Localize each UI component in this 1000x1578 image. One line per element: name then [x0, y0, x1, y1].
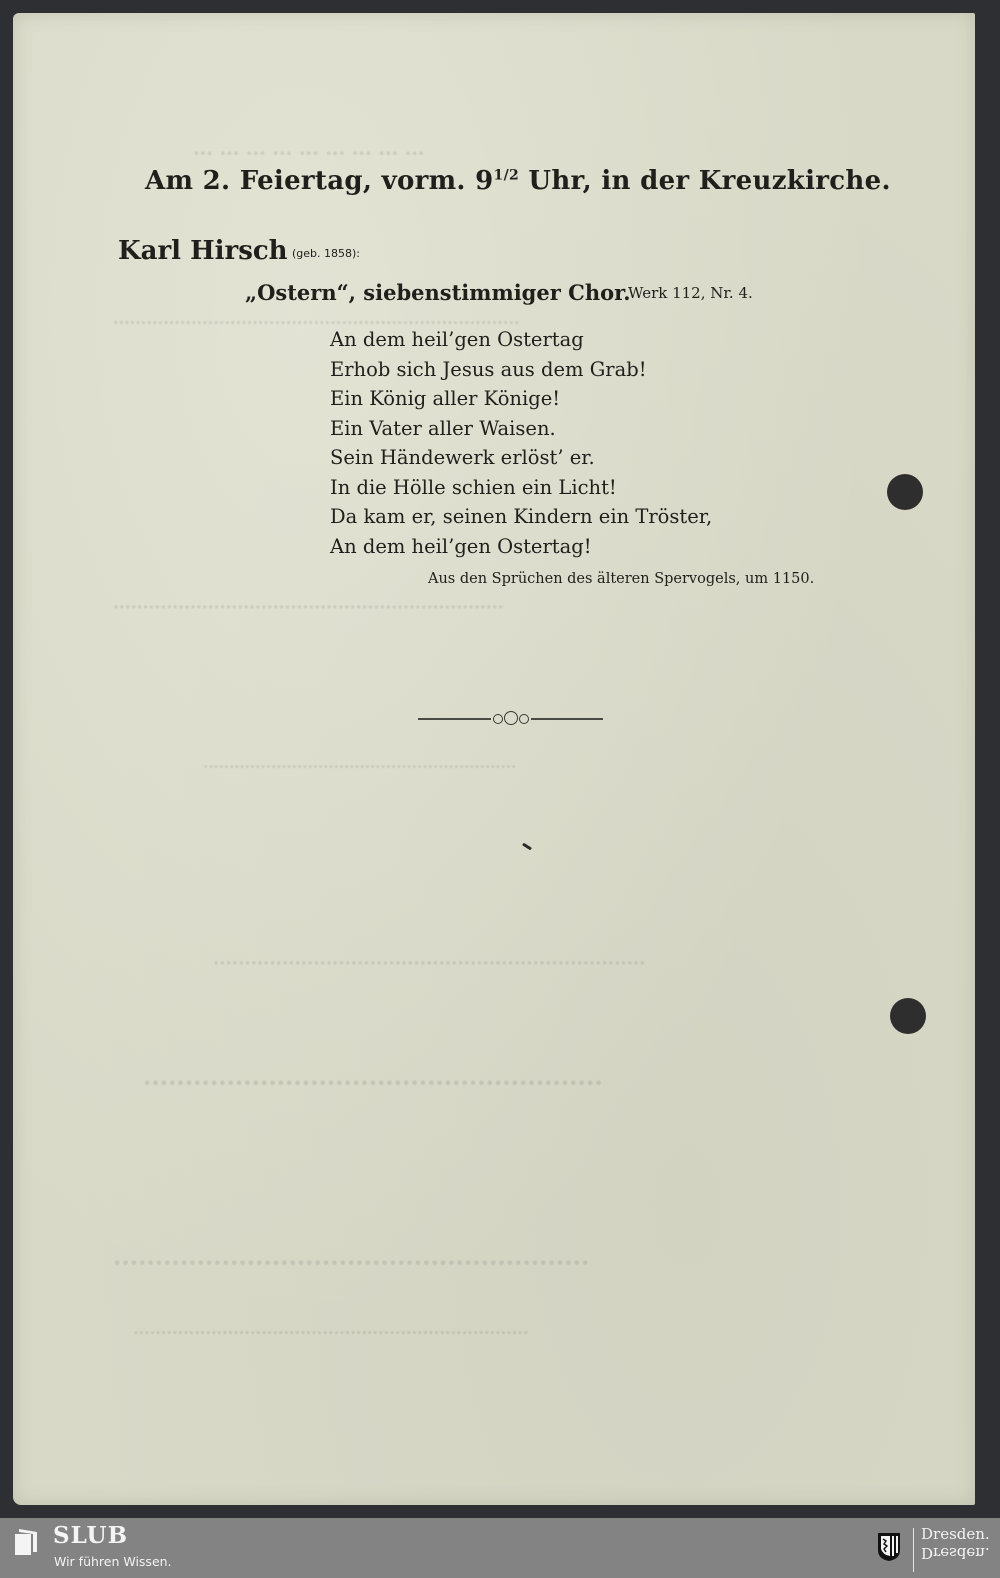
verse-line: Sein Händewerk erlöst’ er. [330, 443, 712, 473]
composer-dates: (geb. 1858): [292, 247, 360, 260]
bleed-through-text: ········································… [203, 758, 516, 776]
dresden-wordmark-reflection: Dresden. [921, 1545, 990, 1560]
heading-fraction: 1/2 [494, 167, 520, 183]
slub-logo-icon [13, 1528, 41, 1556]
work-title: „Ostern“, siebenstimmiger Chor. [245, 280, 631, 305]
bleed-through-text: ········································… [113, 598, 504, 618]
paper-speck [522, 843, 532, 851]
verse-line: Ein Vater aller Waisen. [330, 414, 712, 444]
ornament-divider [418, 711, 603, 727]
bleed-through-text: ········································… [213, 953, 645, 974]
slub-wordmark: SLUB [53, 1522, 128, 1549]
dresden-wordmark: Dresden. [921, 1527, 990, 1542]
scan-viewer: ··· ··· ··· ··· ··· ··· ··· ··· ··· ····… [0, 0, 1000, 1518]
verse-line: Da kam er, seinen Kindern ein Tröster, [330, 502, 712, 532]
document-page: ··· ··· ··· ··· ··· ··· ··· ··· ··· ····… [13, 13, 975, 1505]
verse-line: Ein König aller Könige! [330, 384, 712, 414]
bleed-through-text: ········································… [143, 1068, 603, 1097]
verse-attribution: Aus den Sprüchen des älteren Spervogels,… [428, 571, 814, 587]
punch-hole-lower [890, 998, 926, 1034]
heading-prefix: Am 2. Feiertag, vorm. 9 [145, 166, 494, 196]
dresden-crest-icon [877, 1532, 901, 1562]
service-heading: Am 2. Feiertag, vorm. 91/2 Uhr, in der K… [145, 166, 891, 196]
bleed-through-text: ········································… [113, 1248, 589, 1277]
footer-divider [913, 1528, 914, 1572]
slub-tagline: Wir führen Wissen. [54, 1554, 172, 1569]
heading-suffix: Uhr, in der Kreuzkirche. [519, 166, 891, 196]
verse-line: An dem heil’gen Ostertag [330, 325, 712, 355]
bleed-through-text: ········································… [133, 1323, 529, 1342]
verse-line: In die Hölle schien ein Licht! [330, 473, 712, 503]
composer-name: Karl Hirsch [118, 236, 288, 266]
punch-hole-upper [887, 474, 923, 510]
verse-line: Erhob sich Jesus aus dem Grab! [330, 355, 712, 385]
work-number: Werk 112, Nr. 4. [628, 284, 753, 302]
verse-line: An dem heil’gen Ostertag! [330, 532, 712, 562]
bleed-through-text: ··· ··· ··· ··· ··· ··· ··· ··· ··· [193, 143, 425, 165]
library-footer-banner: SLUB Wir führen Wissen. Dresden. Dresden… [0, 1518, 1000, 1578]
verse-text: An dem heil’gen Ostertag Erhob sich Jesu… [330, 325, 712, 561]
